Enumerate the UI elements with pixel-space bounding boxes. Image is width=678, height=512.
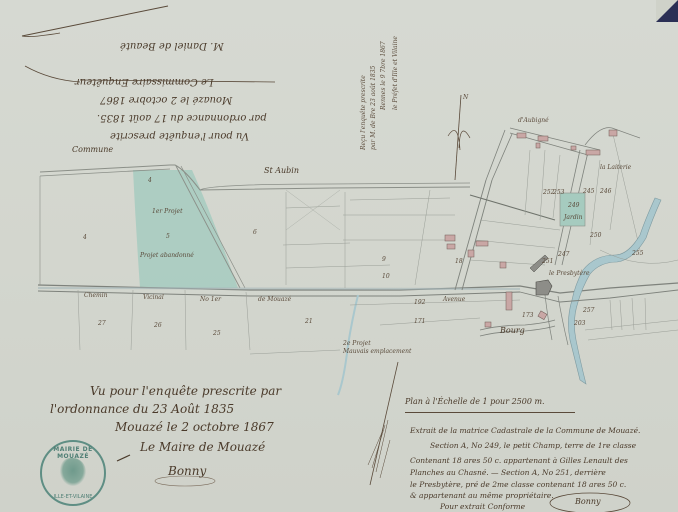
- parcel-number: 27: [98, 320, 106, 327]
- top-left-note-line1: Vu pour l'enquête prescrite: [110, 130, 249, 141]
- top-left-note-line3: Mouazé le 2 octobre 1867: [100, 94, 232, 105]
- label-parcel-249-note: Jardin: [564, 214, 582, 221]
- label-st-aubin: St Aubin: [264, 166, 299, 175]
- parcel-number: 251: [542, 258, 553, 265]
- extract-line1: Extrait de la matrice Cadastrale de la C…: [410, 426, 640, 435]
- label-premier-projet: 1er Projet: [152, 208, 182, 215]
- eagle-emblem-icon: [60, 458, 86, 486]
- extract-line6: & appartenant au même propriétaire.: [410, 491, 554, 500]
- extract-line5: le Presbytère, pré de 2me classe contena…: [410, 480, 626, 489]
- parcel-number: 173: [522, 312, 533, 319]
- label-chemin: Chemin: [84, 292, 107, 299]
- parcel-number: 4: [148, 177, 152, 184]
- extract-line7: Pour extrait Conforme: [440, 502, 525, 511]
- top-left-note-line2: par ordonnance du 17 août 1835.: [97, 112, 267, 123]
- parcel-number: 257: [583, 307, 594, 314]
- label-commune: Commune: [72, 145, 113, 154]
- parcel-number: 247: [558, 251, 569, 258]
- parcel-number: 171: [414, 318, 425, 325]
- scale-title-underline: [405, 412, 575, 413]
- map-sheet: M. Daniel de Beauté Le Commissaire Enquê…: [0, 0, 678, 512]
- extract-line3: Contenant 18 ares 50 c. appartenant à Gi…: [410, 456, 628, 465]
- parcel-number: 6: [253, 229, 257, 236]
- label-bourg: Bourg: [500, 326, 525, 335]
- parcel-number: 203: [574, 320, 585, 327]
- parcel-number: 9: [382, 256, 386, 263]
- parcel-number: 246: [600, 188, 611, 195]
- parcel-number: 4: [83, 234, 87, 241]
- signature-block-line2: l'ordonnance du 23 Août 1835: [50, 402, 234, 416]
- top-right-note-line2: par M. de Bre 23 août 1835: [370, 66, 377, 150]
- top-right-note-line3: Rennes le 9 7bre 1867: [380, 41, 387, 110]
- extract-line2: Section A, No 249, le petit Champ, terre…: [430, 441, 636, 450]
- parcel-number: 25: [213, 330, 221, 337]
- label-vicinal: Vicinal: [143, 294, 164, 301]
- parcel-number: 250: [590, 232, 601, 239]
- parcel-number: 5: [166, 233, 170, 240]
- parcel-number: 255: [632, 250, 643, 257]
- top-right-note-line1: Reçu l'enquête prescrite: [360, 75, 367, 150]
- parcel-number: 10: [382, 273, 390, 280]
- label-avenue: Avenue: [443, 296, 465, 303]
- top-left-note-signature: M. Daniel de Beauté: [120, 40, 224, 51]
- signature-block-line4: Le Maire de Mouazé: [140, 440, 265, 454]
- parcel-number: 192: [414, 299, 425, 306]
- label-le-presbytere: le Presbytère: [549, 270, 590, 277]
- label-deuxieme-projet: 2e Projet: [343, 340, 371, 347]
- label-la-laiterie: la Laiterie: [600, 164, 631, 171]
- parcel-number: 249: [568, 202, 579, 209]
- label-no: No 1er: [200, 296, 221, 303]
- scale-title-box: Plan à l'Échelle de 1 pour 2500 m.: [405, 397, 545, 406]
- label-projet-abandonne: Projet abandonné: [140, 252, 194, 259]
- top-left-note-line4: Le Commissaire Enquêteur: [75, 76, 214, 87]
- stamp-bottom-text: ILLE-ET-VILAINE: [42, 494, 104, 500]
- north-arrow-label: N: [463, 94, 468, 101]
- parcel-number: 18: [455, 258, 463, 265]
- signature-block-signature: Bonny: [168, 464, 206, 478]
- signature-block-line1: Vu pour l'enquête prescrite par: [90, 384, 281, 398]
- label-d-aubigne: d'Aubigné: [518, 117, 549, 124]
- parcel-number: 26: [154, 322, 162, 329]
- top-right-note-line4: le Préfet d'Ille et Vilaine: [392, 36, 399, 110]
- signature-block-line3: Mouazé le 2 octobre 1867: [115, 420, 274, 434]
- extract-signature: Bonny: [575, 497, 601, 506]
- parcel-number: 245: [583, 188, 594, 195]
- label-de-mouaze: de Mouazé: [258, 296, 291, 303]
- extract-line4: Planches au Chasné. — Section A, No 251,…: [410, 468, 606, 477]
- label-mauvais-emplacement: Mauvais emplacement: [343, 348, 411, 355]
- parcel-number: 21: [305, 318, 313, 325]
- parcel-number: 253: [553, 189, 564, 196]
- scale-title: Plan à l'Échelle de 1 pour 2500 m.: [405, 397, 545, 406]
- mairie-stamp: MAIRIE DE MOUAZÉ ILLE-ET-VILAINE: [40, 440, 106, 506]
